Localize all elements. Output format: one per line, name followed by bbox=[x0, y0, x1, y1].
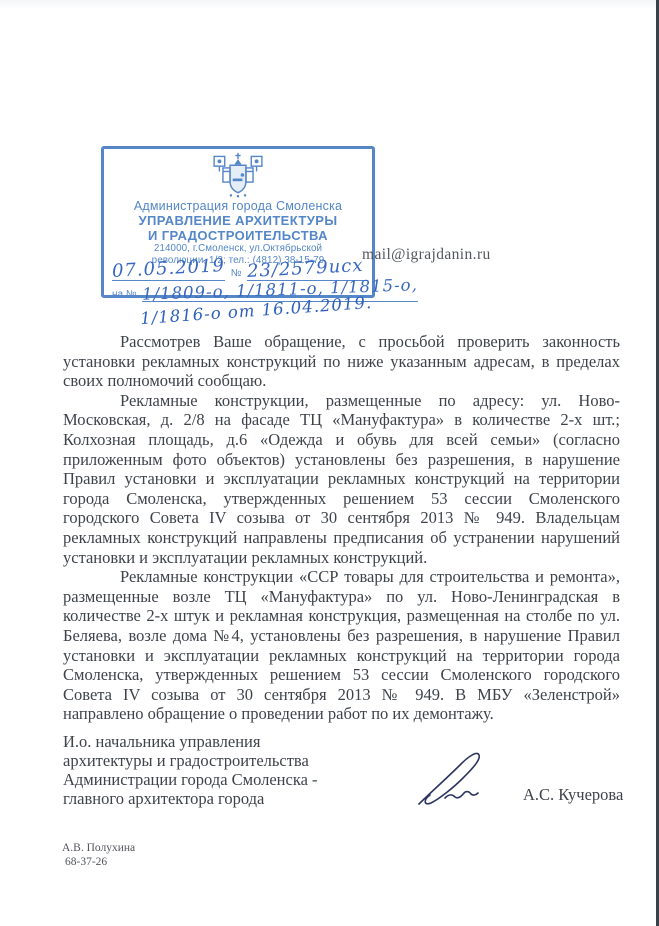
stamp-org-name: Администрация города Смоленска bbox=[104, 199, 372, 213]
letter-body: Рассмотрев Ваше обращение, с просьбой пр… bbox=[63, 332, 620, 724]
scanned-letter-page: Администрация города Смоленска УПРАВЛЕНИ… bbox=[0, 0, 659, 926]
reply-to-label: на № bbox=[112, 289, 142, 302]
executor-block: А.В. Полухина 68-37-26 bbox=[62, 842, 135, 869]
scan-artifact-top bbox=[0, 0, 659, 10]
handwritten-signature-icon bbox=[415, 750, 505, 812]
stamp-address-line1: 214000, г.Смоленск, ул.Октябрьской bbox=[104, 243, 372, 255]
stamp-date-field: 07.05.2019 bbox=[112, 259, 225, 281]
executor-phone: 68-37-26 bbox=[62, 856, 135, 870]
handwritten-date: 07.05.2019 bbox=[111, 255, 225, 282]
executor-name: А.В. Полухина bbox=[62, 842, 135, 856]
number-sign: № bbox=[225, 268, 247, 281]
signatory-position-line-3: Администрации города Смоленска - bbox=[63, 771, 318, 790]
stamp-dept-line2: И ГРАДОСТРОИТЕЛЬСТВА bbox=[104, 228, 372, 243]
stamp-dept-line1: УПРАВЛЕНИЕ АРХИТЕКТУРЫ bbox=[104, 213, 372, 228]
letterhead-stamp: Администрация города Смоленска УПРАВЛЕНИ… bbox=[101, 146, 375, 298]
signatory-position-line-4: главного архитектора города bbox=[63, 790, 318, 809]
body-paragraph-2: Рекламные конструкции, размещенные по ад… bbox=[63, 391, 620, 567]
smolensk-coat-of-arms-icon bbox=[211, 152, 265, 198]
signatory-position-line-2: архитектуры и градостроительства bbox=[63, 752, 318, 771]
signatory-position-line-1: И.о. начальника управления bbox=[63, 733, 318, 752]
signatory-name: А.С. Кучерова bbox=[523, 785, 623, 805]
signatory-position: И.о. начальника управления архитектуры и… bbox=[63, 733, 318, 809]
recipient-email: mail@igrajdanin.ru bbox=[362, 246, 491, 264]
body-paragraph-3: Рекламные конструкции «ССР товары для ст… bbox=[63, 567, 620, 724]
body-paragraph-1: Рассмотрев Ваше обращение, с просьбой пр… bbox=[63, 332, 620, 391]
